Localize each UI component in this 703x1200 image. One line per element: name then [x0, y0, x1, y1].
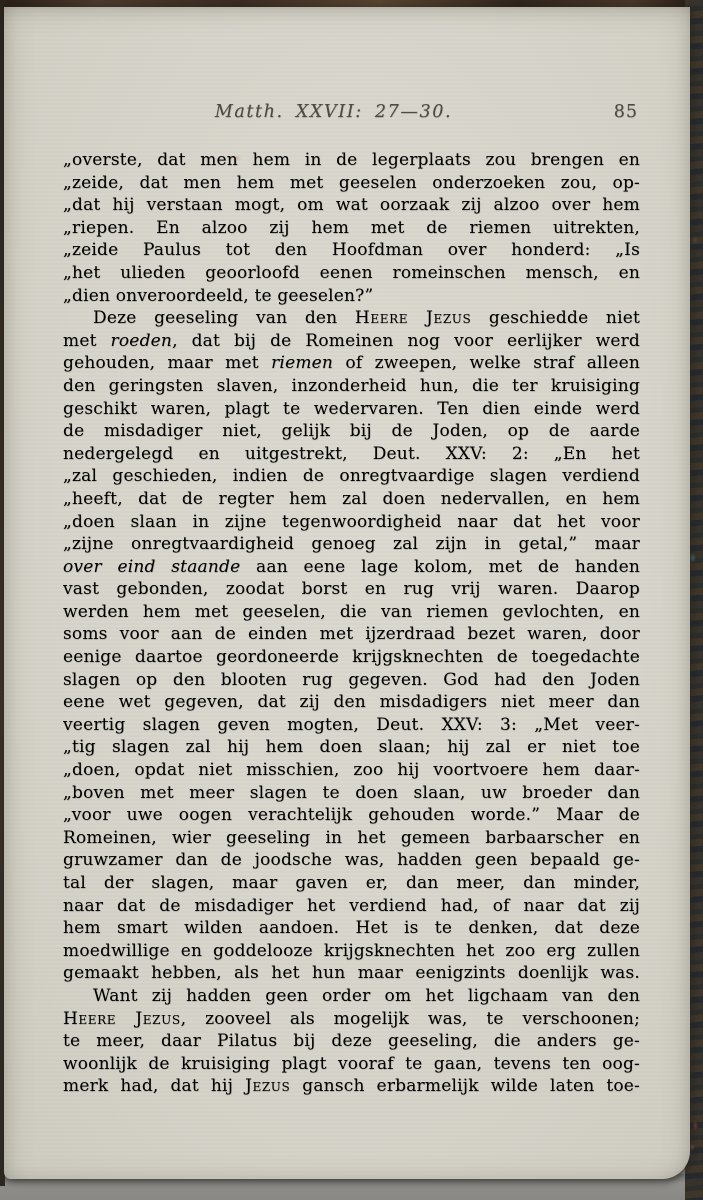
text-line: over eind staande aan eene lage kolom, m…	[63, 556, 640, 579]
text-line: de misdadiger niet, gelijk bij de Joden,…	[63, 420, 640, 443]
running-title: Matth. XXVII: 27—30.	[215, 102, 452, 122]
text-line: gemaakt hebben, als het hun maar eenigzi…	[63, 962, 640, 985]
text-line: woonlijk de kruisiging plagt vooraf te g…	[63, 1053, 640, 1076]
text-line: werden hem met geeselen, die van riemen …	[63, 601, 640, 624]
page-body-text: „overste, dat men hem in de legerplaats …	[63, 149, 640, 1098]
text-line: den geringsten slaven, inzonderheid hun,…	[63, 375, 640, 398]
text-line: Deze geeseling van den Heere Jezus gesch…	[63, 307, 640, 330]
text-line: „zeide, dat men hem met geeselen onderzo…	[63, 172, 640, 195]
text-line: Heere Jezus, zooveel als mogelijk was, t…	[63, 1008, 640, 1031]
text-line: „zeide Paulus tot den Hoofdman over hond…	[63, 239, 640, 262]
page-number: 85	[614, 102, 638, 122]
text-line: geschikt waren, plagt te wedervaren. Ten…	[63, 398, 640, 421]
text-line: eenige daartoe geordoneerde krijgsknecht…	[63, 646, 640, 669]
text-line: soms voor aan de einden met ijzerdraad b…	[63, 623, 640, 646]
book-page: Matth. XXVII: 27—30. 85 „overste, dat me…	[4, 7, 690, 1179]
text-line: Romeinen, wier geeseling in het gemeen b…	[63, 827, 640, 850]
text-line: tal der slagen, maar gaven er, dan meer,…	[63, 872, 640, 895]
text-line: met roeden, dat bij de Romeinen nog voor…	[63, 330, 640, 353]
text-line: „doen slaan in zijne tegenwoordigheid na…	[63, 511, 640, 534]
text-line: „overste, dat men hem in de legerplaats …	[63, 149, 640, 172]
text-line: eene wet gegeven, dat zij den misdadiger…	[63, 691, 640, 714]
text-line: gruwzamer dan de joodsche was, hadden ge…	[63, 849, 640, 872]
text-line: Want zij hadden geen order om het ligcha…	[63, 985, 640, 1008]
text-line: „het ulieden geoorloofd eenen romeinsche…	[63, 262, 640, 285]
text-line: „zijne onregtvaardigheid genoeg zal zijn…	[63, 533, 640, 556]
text-line: veertig slagen geven mogten, Deut. XXV: …	[63, 714, 640, 737]
paragraph: Want zij hadden geen order om het ligcha…	[63, 985, 640, 1098]
text-line: „voor uwe oogen verachtelijk gehouden wo…	[63, 804, 640, 827]
text-line: „tig slagen zal hij hem doen slaan; hij …	[63, 736, 640, 759]
text-line: merk had, dat hij Jezus gansch erbarmeli…	[63, 1075, 640, 1098]
text-line: „dat hij verstaan mogt, om wat oorzaak z…	[63, 194, 640, 217]
page-header: Matth. XXVII: 27—30. 85	[63, 102, 640, 126]
text-line: hem smart wilden aandoen. Het is te denk…	[63, 917, 640, 940]
text-line: „heeft, dat de regter hem zal doen neder…	[63, 488, 640, 511]
paragraph: Deze geeseling van den Heere Jezus gesch…	[63, 307, 640, 985]
text-line: „zal geschieden, indien de onregtvaardig…	[63, 465, 640, 488]
text-line: „doen, opdat niet misschien, zoo hij voo…	[63, 759, 640, 782]
text-line: te meer, daar Pilatus bij deze geeseling…	[63, 1030, 640, 1053]
scanned-book-photo: Matth. XXVII: 27—30. 85 „overste, dat me…	[0, 0, 703, 1200]
paragraph: „overste, dat men hem in de legerplaats …	[63, 149, 640, 307]
text-line: slagen op den blooten rug gegeven. God h…	[63, 669, 640, 692]
text-line: naar dat de misdadiger het verdiend had,…	[63, 895, 640, 918]
text-line: „riepen. En alzoo zij hem met de riemen …	[63, 217, 640, 240]
text-line: „dien onveroordeeld, te geeselen?”	[63, 285, 640, 308]
text-line: vast gebonden, zoodat borst en rug vrij …	[63, 578, 640, 601]
text-line: „boven met meer slagen te doen slaan, uw…	[63, 782, 640, 805]
text-line: nedergelegd en uitgestrekt, Deut. XXV: 2…	[63, 443, 640, 466]
text-line: moedwillige en goddelooze krijgsknechten…	[63, 940, 640, 963]
text-line: gehouden, maar met riemen of zweepen, we…	[63, 352, 640, 375]
